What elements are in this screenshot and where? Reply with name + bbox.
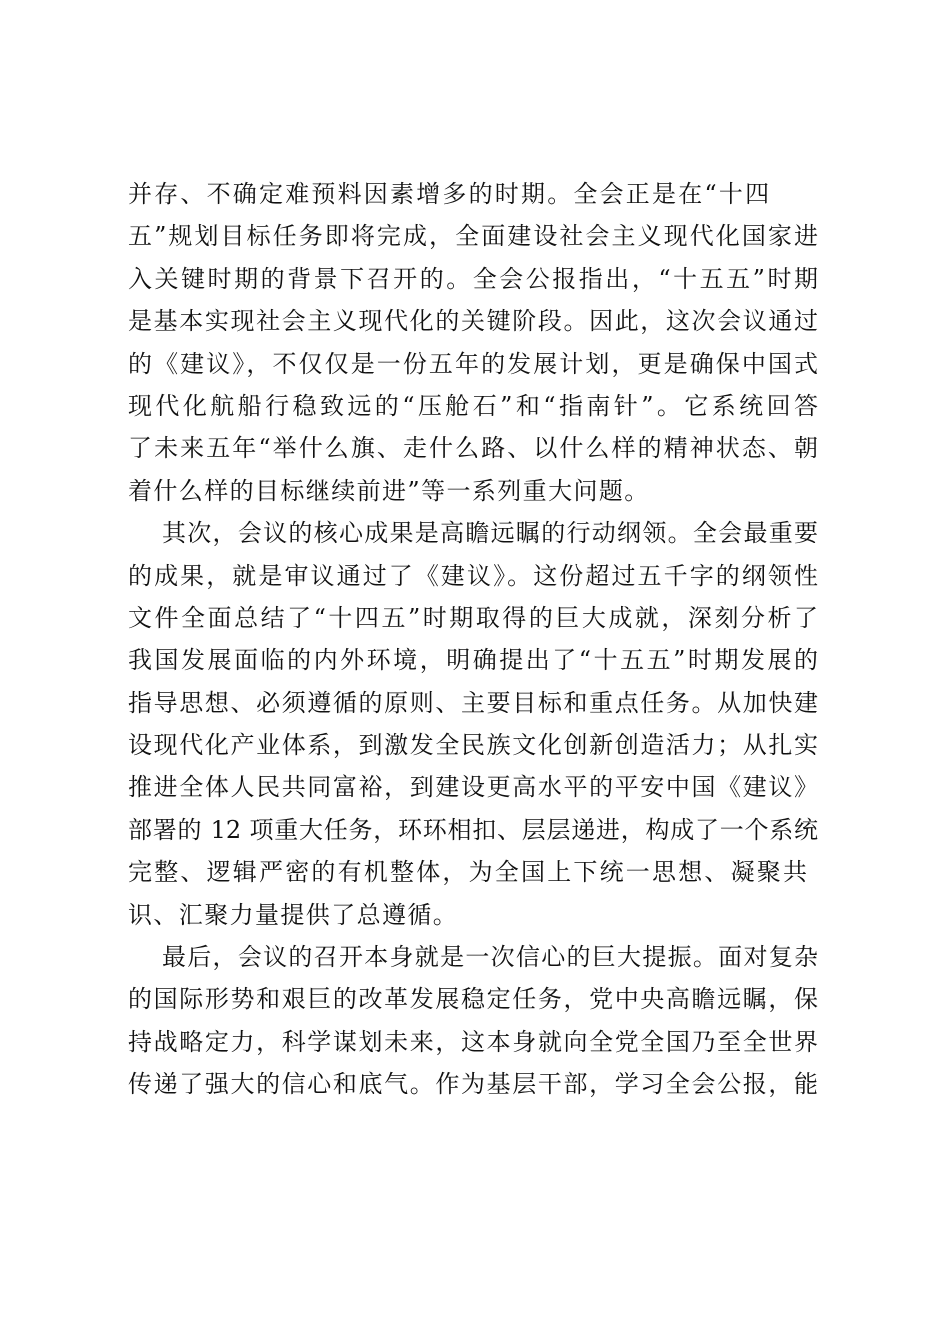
- text-line: 持战略定力，科学谋划未来，这本身就向全党全国乃至全世界: [128, 1021, 818, 1063]
- text-line: 文件全面总结了“十四五”时期取得的巨大成就，深刻分析了: [128, 597, 818, 639]
- paragraph-3: 最后，会议的召开本身就是一次信心的巨大提振。面对复杂 的国际形势和艰巨的改革发展…: [128, 936, 818, 1106]
- text-line: 传递了强大的信心和底气。作为基层干部，学习全会公报，能: [128, 1063, 818, 1105]
- text-line: 了未来五年“举什么旗、走什么路、以什么样的精神状态、朝: [128, 427, 818, 469]
- text-line: 识、汇聚力量提供了总遵循。: [128, 894, 818, 936]
- document-body: 并存、不确定难预料因素增多的时期。全会正是在“十四 五”规划目标任务即将完成，全…: [128, 173, 818, 1106]
- paragraph-2: 其次，会议的核心成果是高瞻远瞩的行动纲领。全会最重要 的成果，就是审议通过了《建…: [128, 512, 818, 936]
- text-line: 并存、不确定难预料因素增多的时期。全会正是在“十四: [128, 173, 818, 215]
- text-line: 我国发展面临的内外环境，明确提出了“十五五”时期发展的: [128, 639, 818, 681]
- text-line: 指导思想、必须遵循的原则、主要目标和重点任务。从加快建: [128, 682, 818, 724]
- text-line: 其次，会议的核心成果是高瞻远瞩的行动纲领。全会最重要: [128, 512, 818, 554]
- text-line: 是基本实现社会主义现代化的关键阶段。因此，这次会议通过: [128, 300, 818, 342]
- text-line: 着什么样的目标继续前进”等一系列重大问题。: [128, 470, 818, 512]
- text-line: 部署的 12 项重大任务，环环相扣、层层递进，构成了一个系统: [128, 809, 818, 851]
- text-line: 最后，会议的召开本身就是一次信心的巨大提振。面对复杂: [128, 936, 818, 978]
- text-line: 设现代化产业体系，到激发全民族文化创新创造活力；从扎实: [128, 724, 818, 766]
- text-line: 现代化航船行稳致远的“压舱石”和“指南针”。它系统回答: [128, 385, 818, 427]
- text-line: 入关键时期的背景下召开的。全会公报指出，“十五五”时期: [128, 258, 818, 300]
- text-line: 推进全体人民共同富裕，到建设更高水平的平安中国《建议》: [128, 766, 818, 808]
- text-line: 五”规划目标任务即将完成，全面建设社会主义现代化国家进: [128, 215, 818, 257]
- text-line: 的《建议》，不仅仅是一份五年的发展计划，更是确保中国式: [128, 343, 818, 385]
- document-page: 并存、不确定难预料因素增多的时期。全会正是在“十四 五”规划目标任务即将完成，全…: [0, 0, 950, 1344]
- text-line: 的成果，就是审议通过了《建议》。这份超过五千字的纲领性: [128, 555, 818, 597]
- paragraph-1: 并存、不确定难预料因素增多的时期。全会正是在“十四 五”规划目标任务即将完成，全…: [128, 173, 818, 512]
- text-line: 完整、逻辑严密的有机整体，为全国上下统一思想、凝聚共: [128, 851, 818, 893]
- text-line: 的国际形势和艰巨的改革发展稳定任务，党中央高瞻远瞩，保: [128, 978, 818, 1020]
